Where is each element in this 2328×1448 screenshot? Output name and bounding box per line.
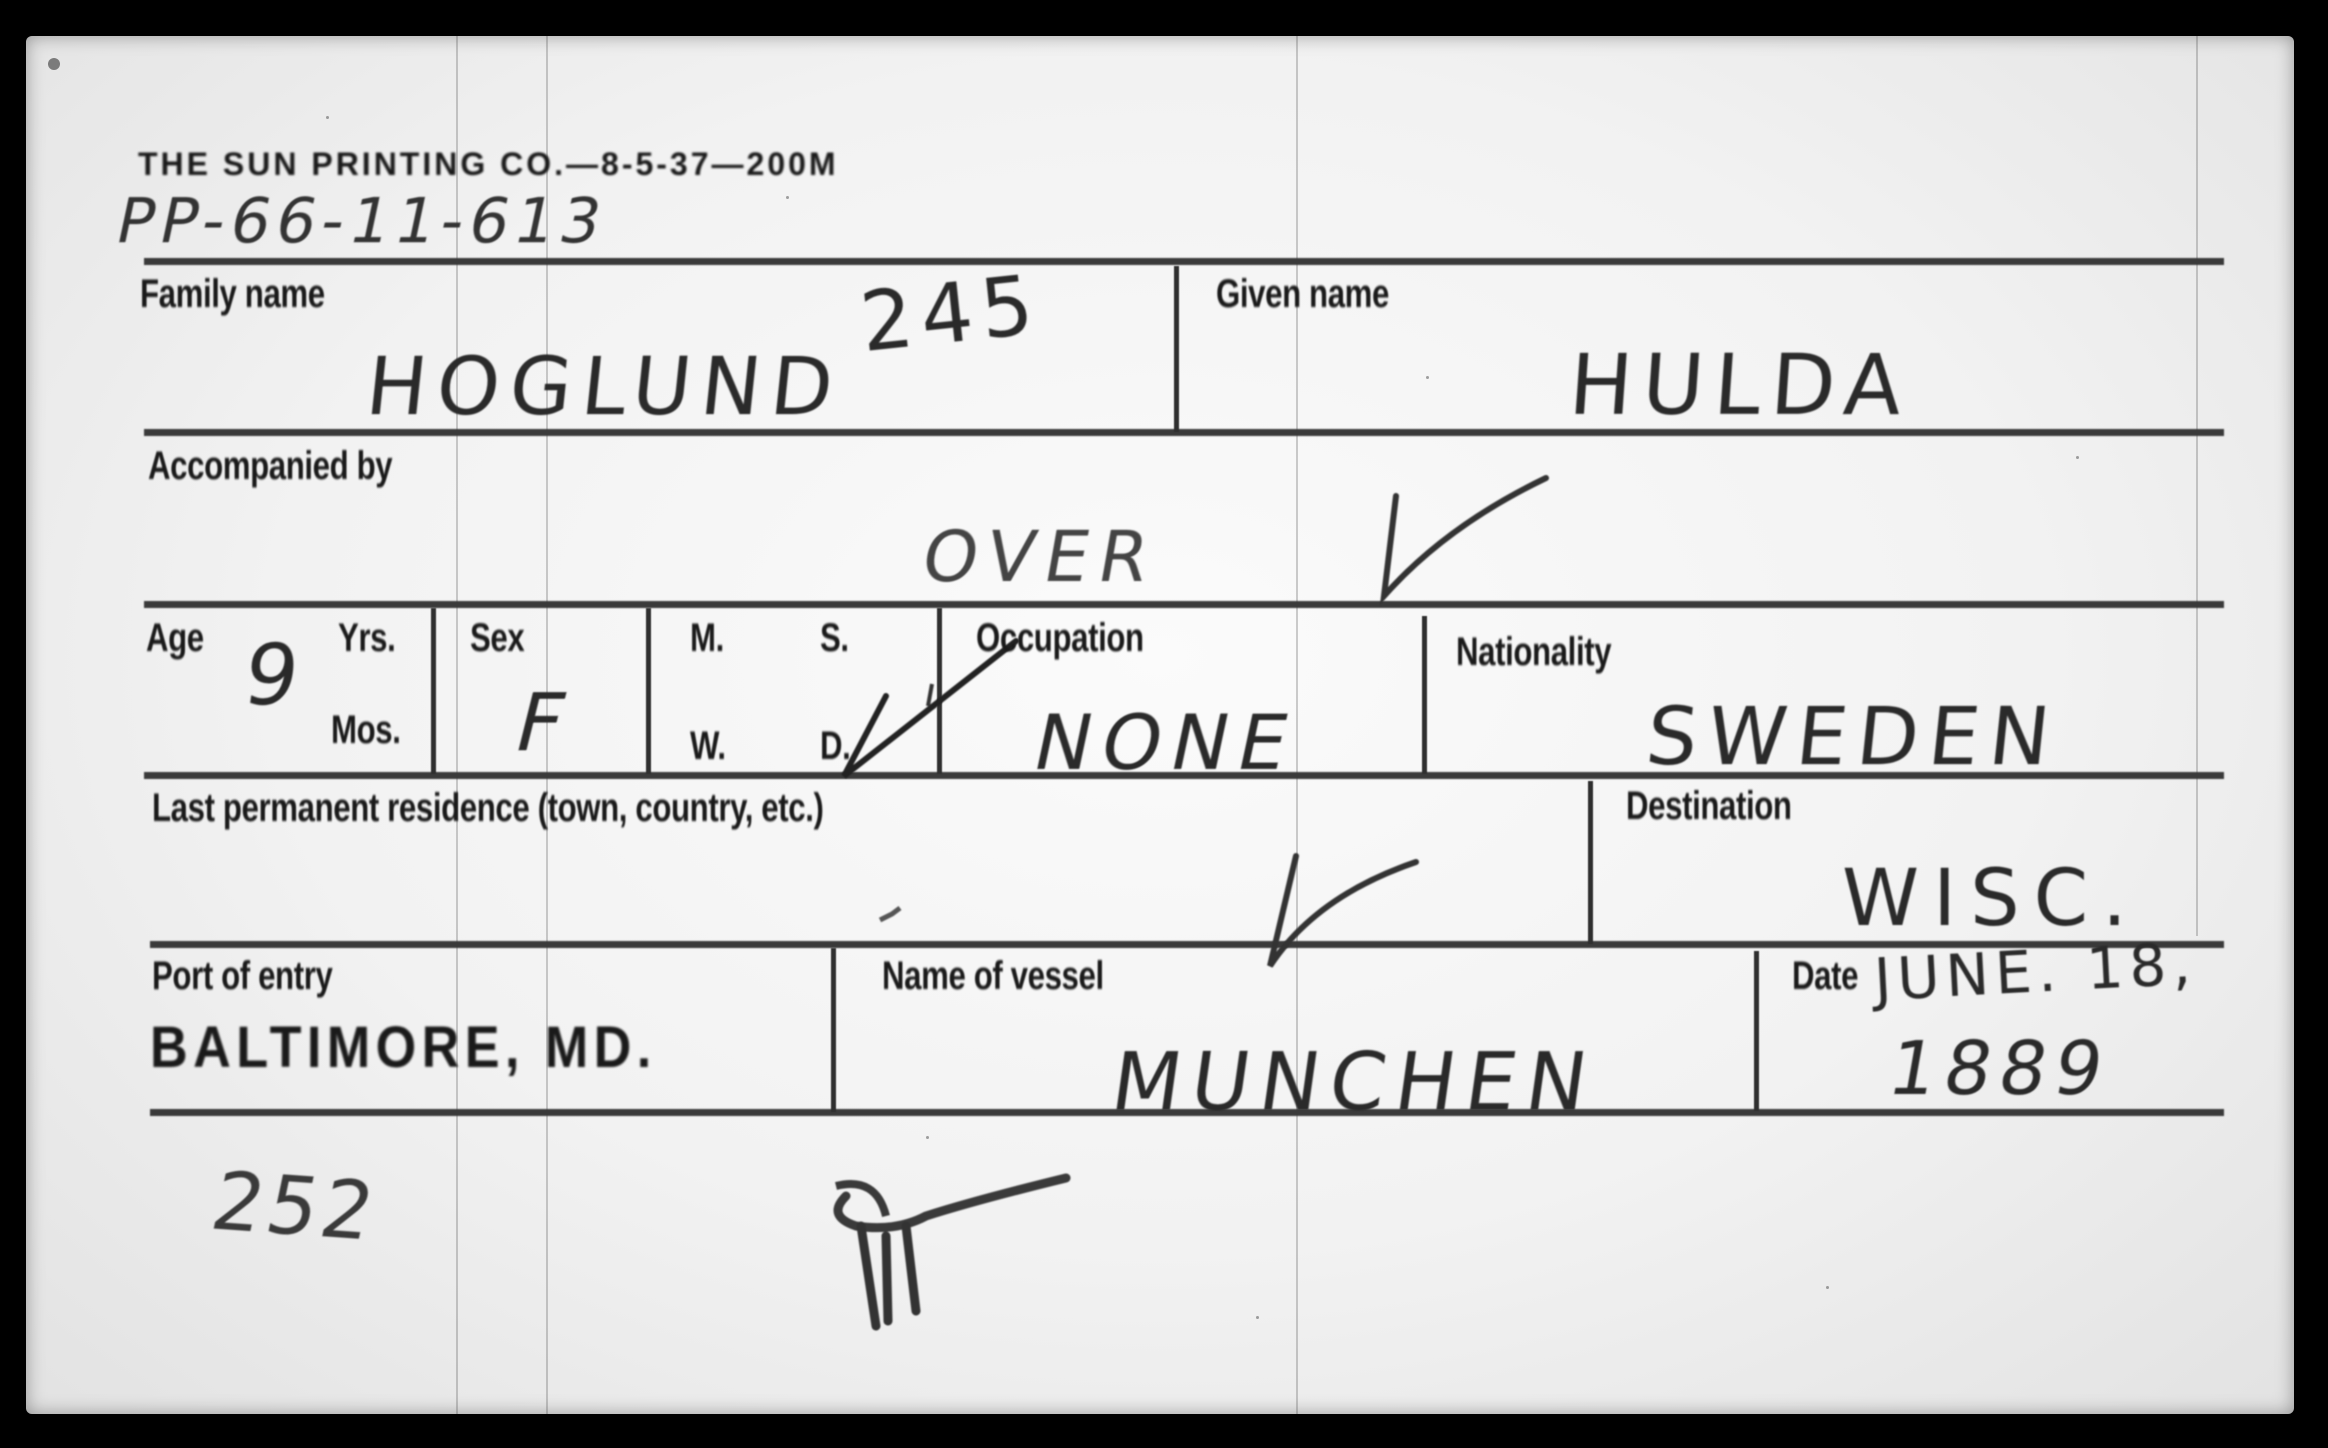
dust-speck [926,1136,929,1139]
given-name-value: HULDA [1566,336,1915,434]
destination-value: WISC. [1842,854,2141,944]
check-mark-icon [1236,846,1436,976]
dust-speck [2076,456,2079,459]
dust-speck [786,196,789,199]
divider-age-sex [431,608,436,774]
divider-port-vessel [831,948,836,1112]
index-card: THE SUN PRINTING CO.—8-5-37—200M PP-66-1… [26,36,2294,1414]
dust-speck [326,116,329,119]
nationality-label: Nationality [1456,630,1611,675]
family-name-value: HOGLUND [362,340,847,433]
given-name-label: Given name [1216,272,1389,317]
dust-speck [48,58,60,70]
years-label: Yrs. [338,616,395,661]
stray-mark [876,906,906,926]
accompanied-by-value: OVER [916,516,1165,598]
divider-given-name [1174,266,1179,432]
occupation-value: NONE [1026,698,1306,787]
marital-w-label: W. [690,724,726,769]
last-residence-label: Last permanent residence (town, country,… [152,786,823,831]
vessel-value: MUNCHEN [1106,1036,1603,1129]
family-name-label: Family name [140,272,325,317]
port-of-entry-label: Port of entry [152,954,332,999]
date-label: Date [1792,954,1858,999]
sex-value: F [506,676,585,769]
port-of-entry-value: BALTIMORE, MD. [150,1014,657,1081]
vessel-label: Name of vessel [882,954,1104,999]
file-number: PP-66-11-613 [110,184,614,257]
months-label: Mos. [331,708,401,753]
marital-m-label: M. [690,616,724,661]
sex-label: Sex [470,616,524,661]
printer-line: THE SUN PRINTING CO.—8-5-37—200M [138,146,839,183]
occupation-label: Occupation [976,616,1144,661]
accompanied-by-label: Accompanied by [148,444,392,489]
dust-speck [1256,1316,1259,1319]
film-scratch [2196,36,2198,936]
rule-1 [144,258,2224,265]
divider-sex-marital [646,608,651,774]
age-label: Age [146,616,204,661]
family-name-annotation: 245 [856,258,1045,371]
age-value: 9 [238,626,315,724]
check-mark-icon [1356,466,1556,606]
dust-speck [1426,376,1429,379]
divider-occupation-nationality [1422,616,1427,774]
dust-speck [1826,1286,1829,1289]
initials-signature [816,1166,1116,1346]
rule-3 [144,601,2224,608]
destination-label: Destination [1626,784,1792,829]
date-value-line2: 1889 [1882,1026,2117,1112]
divider-vessel-date [1754,951,1759,1111]
nationality-value: SWEDEN [1642,690,2064,783]
divider-residence-destination [1588,781,1593,944]
footer-number: 252 [204,1154,386,1258]
